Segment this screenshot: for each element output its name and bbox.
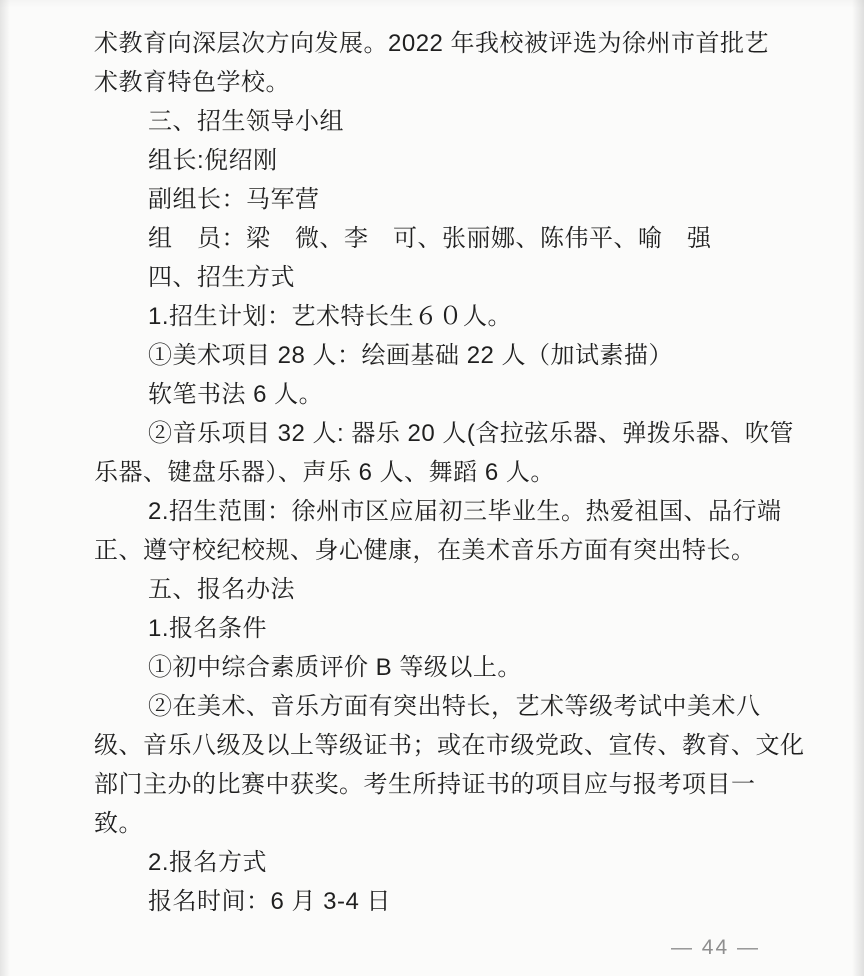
text-line: 1.招生计划：艺术特长生６０人。 [94,297,774,336]
text-line: 2.报名方式 [94,843,774,882]
text-line: 组 员：梁 微、李 可、张丽娜、陈伟平、喻 强 [94,219,774,258]
text-line: 术教育特色学校。 [94,63,774,102]
text-line: 组长:倪绍刚 [94,141,774,180]
text-line: 部门主办的比赛中获奖。考生所持证书的项目应与报考项目一 [94,765,774,804]
text-line: 软笔书法 6 人。 [94,375,774,414]
text-line: 正、遵守校纪校规、身心健康，在美术音乐方面有突出特长。 [94,531,774,570]
section-heading: 四、招生方式 [94,258,774,297]
text-line: 2.招生范围：徐州市区应届初三毕业生。热爱祖国、品行端 [94,492,774,531]
text-line: 副组长：马军营 [94,180,774,219]
text-line: 致。 [94,804,774,843]
text-line: 1.报名条件 [94,609,774,648]
section-heading: 五、报名办法 [94,570,774,609]
document-text-block: 术教育向深层次方向发展。2022 年我校被评选为徐州市首批艺 术教育特色学校。 … [94,24,774,921]
text-line: 级、音乐八级及以上等级证书；或在市级党政、宣传、教育、文化 [94,726,774,765]
section-heading: 三、招生领导小组 [94,102,774,141]
document-page: 术教育向深层次方向发展。2022 年我校被评选为徐州市首批艺 术教育特色学校。 … [0,0,864,976]
text-line: ①美术项目 28 人：绘画基础 22 人（加试素描） [94,336,774,375]
text-line: ①初中综合素质评价 B 等级以上。 [94,648,774,687]
text-line: ②在美术、音乐方面有突出特长，艺术等级考试中美术八 [94,687,774,726]
text-line: 报名时间：6 月 3-4 日 [94,882,774,921]
page-number: — 44 — [671,936,760,960]
text-line: 乐器、键盘乐器）、声乐 6 人、舞蹈 6 人。 [94,453,774,492]
text-line: ②音乐项目 32 人: 器乐 20 人(含拉弦乐器、弹拨乐器、吹管 [94,414,774,453]
text-line: 术教育向深层次方向发展。2022 年我校被评选为徐州市首批艺 [94,24,774,63]
